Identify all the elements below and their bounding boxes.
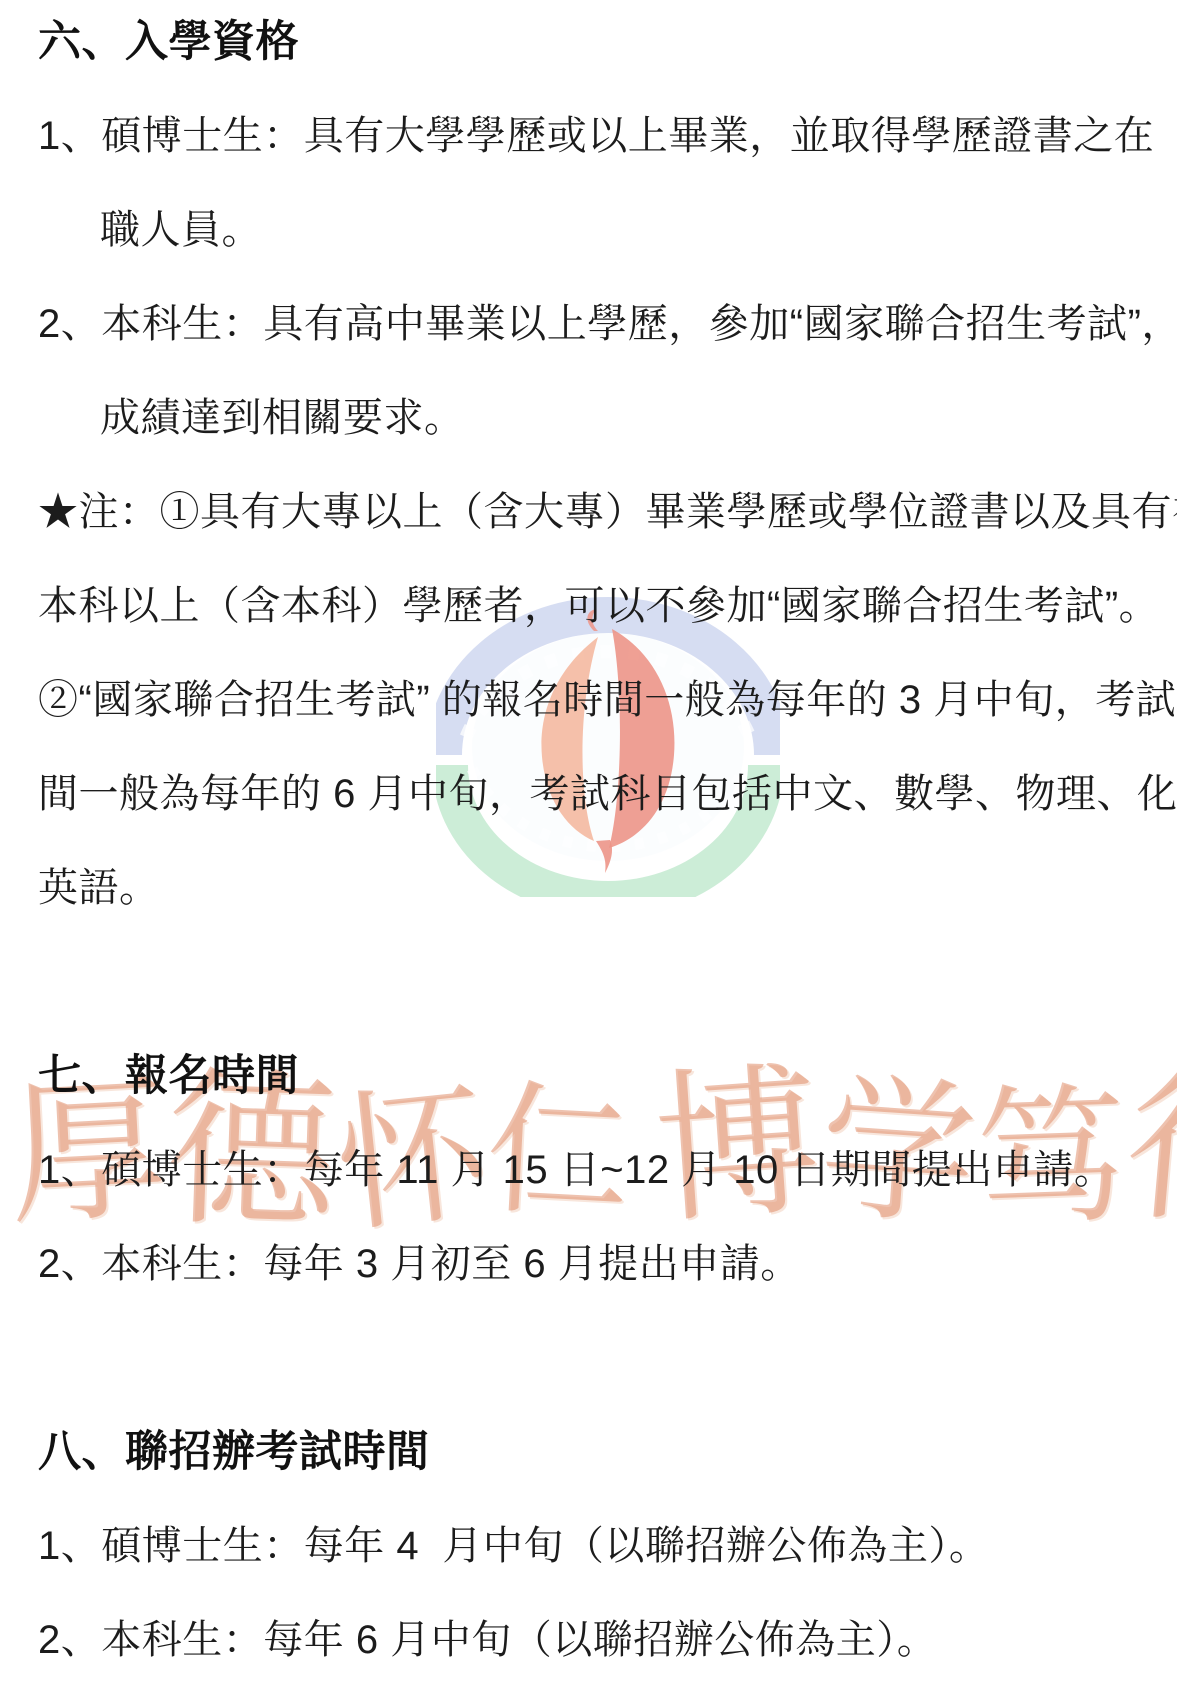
blank-line [0,1307,1177,1401]
document-page: 厚德怀仁博学笃行 六、入學資格1、碩博士生：具有大學學歷或以上畢業，並取得學歷證… [0,0,1177,1689]
text-line: 1、碩博士生：具有大學學歷或以上畢業，並取得學歷證書之在 [0,85,1177,179]
text-line: 1、碩博士生：每年 4 月中旬（以聯招辦公佈為主）。 [0,1495,1177,1589]
section-heading: 六、入學資格 [0,0,1177,85]
section-heading: 七、報名時間 [0,1025,1177,1119]
document-body: 六、入學資格1、碩博士生：具有大學學歷或以上畢業，並取得學歷證書之在職人員。2、… [0,0,1177,1683]
section-heading: 八、聯招辦考試時間 [0,1401,1177,1495]
text-line: 1、碩博士生：每年 11 月 15 日~12 月 10 日期間提出申請。 [0,1119,1177,1213]
text-line: ②“國家聯合招生考試” 的報名時間一般為每年的 3 月中旬，考試時 [0,649,1177,743]
text-line: 2、本科生：每年 3 月初至 6 月提出申請。 [0,1213,1177,1307]
text-line: ★注：①具有大專以上（含大專）畢業學歷或學位證書以及具有在讀 [0,461,1177,555]
text-line: 職人員。 [0,179,1177,273]
text-line: 成績達到相關要求。 [0,367,1177,461]
blank-line [0,931,1177,1025]
text-line: 本科以上（含本科）學歷者，可以不參加“國家聯合招生考試”。 [0,555,1177,649]
text-line: 2、本科生：具有高中畢業以上學歷，參加“國家聯合招生考試”， [0,273,1177,367]
text-line: 間一般為每年的 6 月中旬，考試科目包括中文、數學、物理、化學、 [0,743,1177,837]
text-line: 2、本科生：每年 6 月中旬（以聯招辦公佈為主）。 [0,1589,1177,1683]
text-line: 英語。 [0,837,1177,931]
